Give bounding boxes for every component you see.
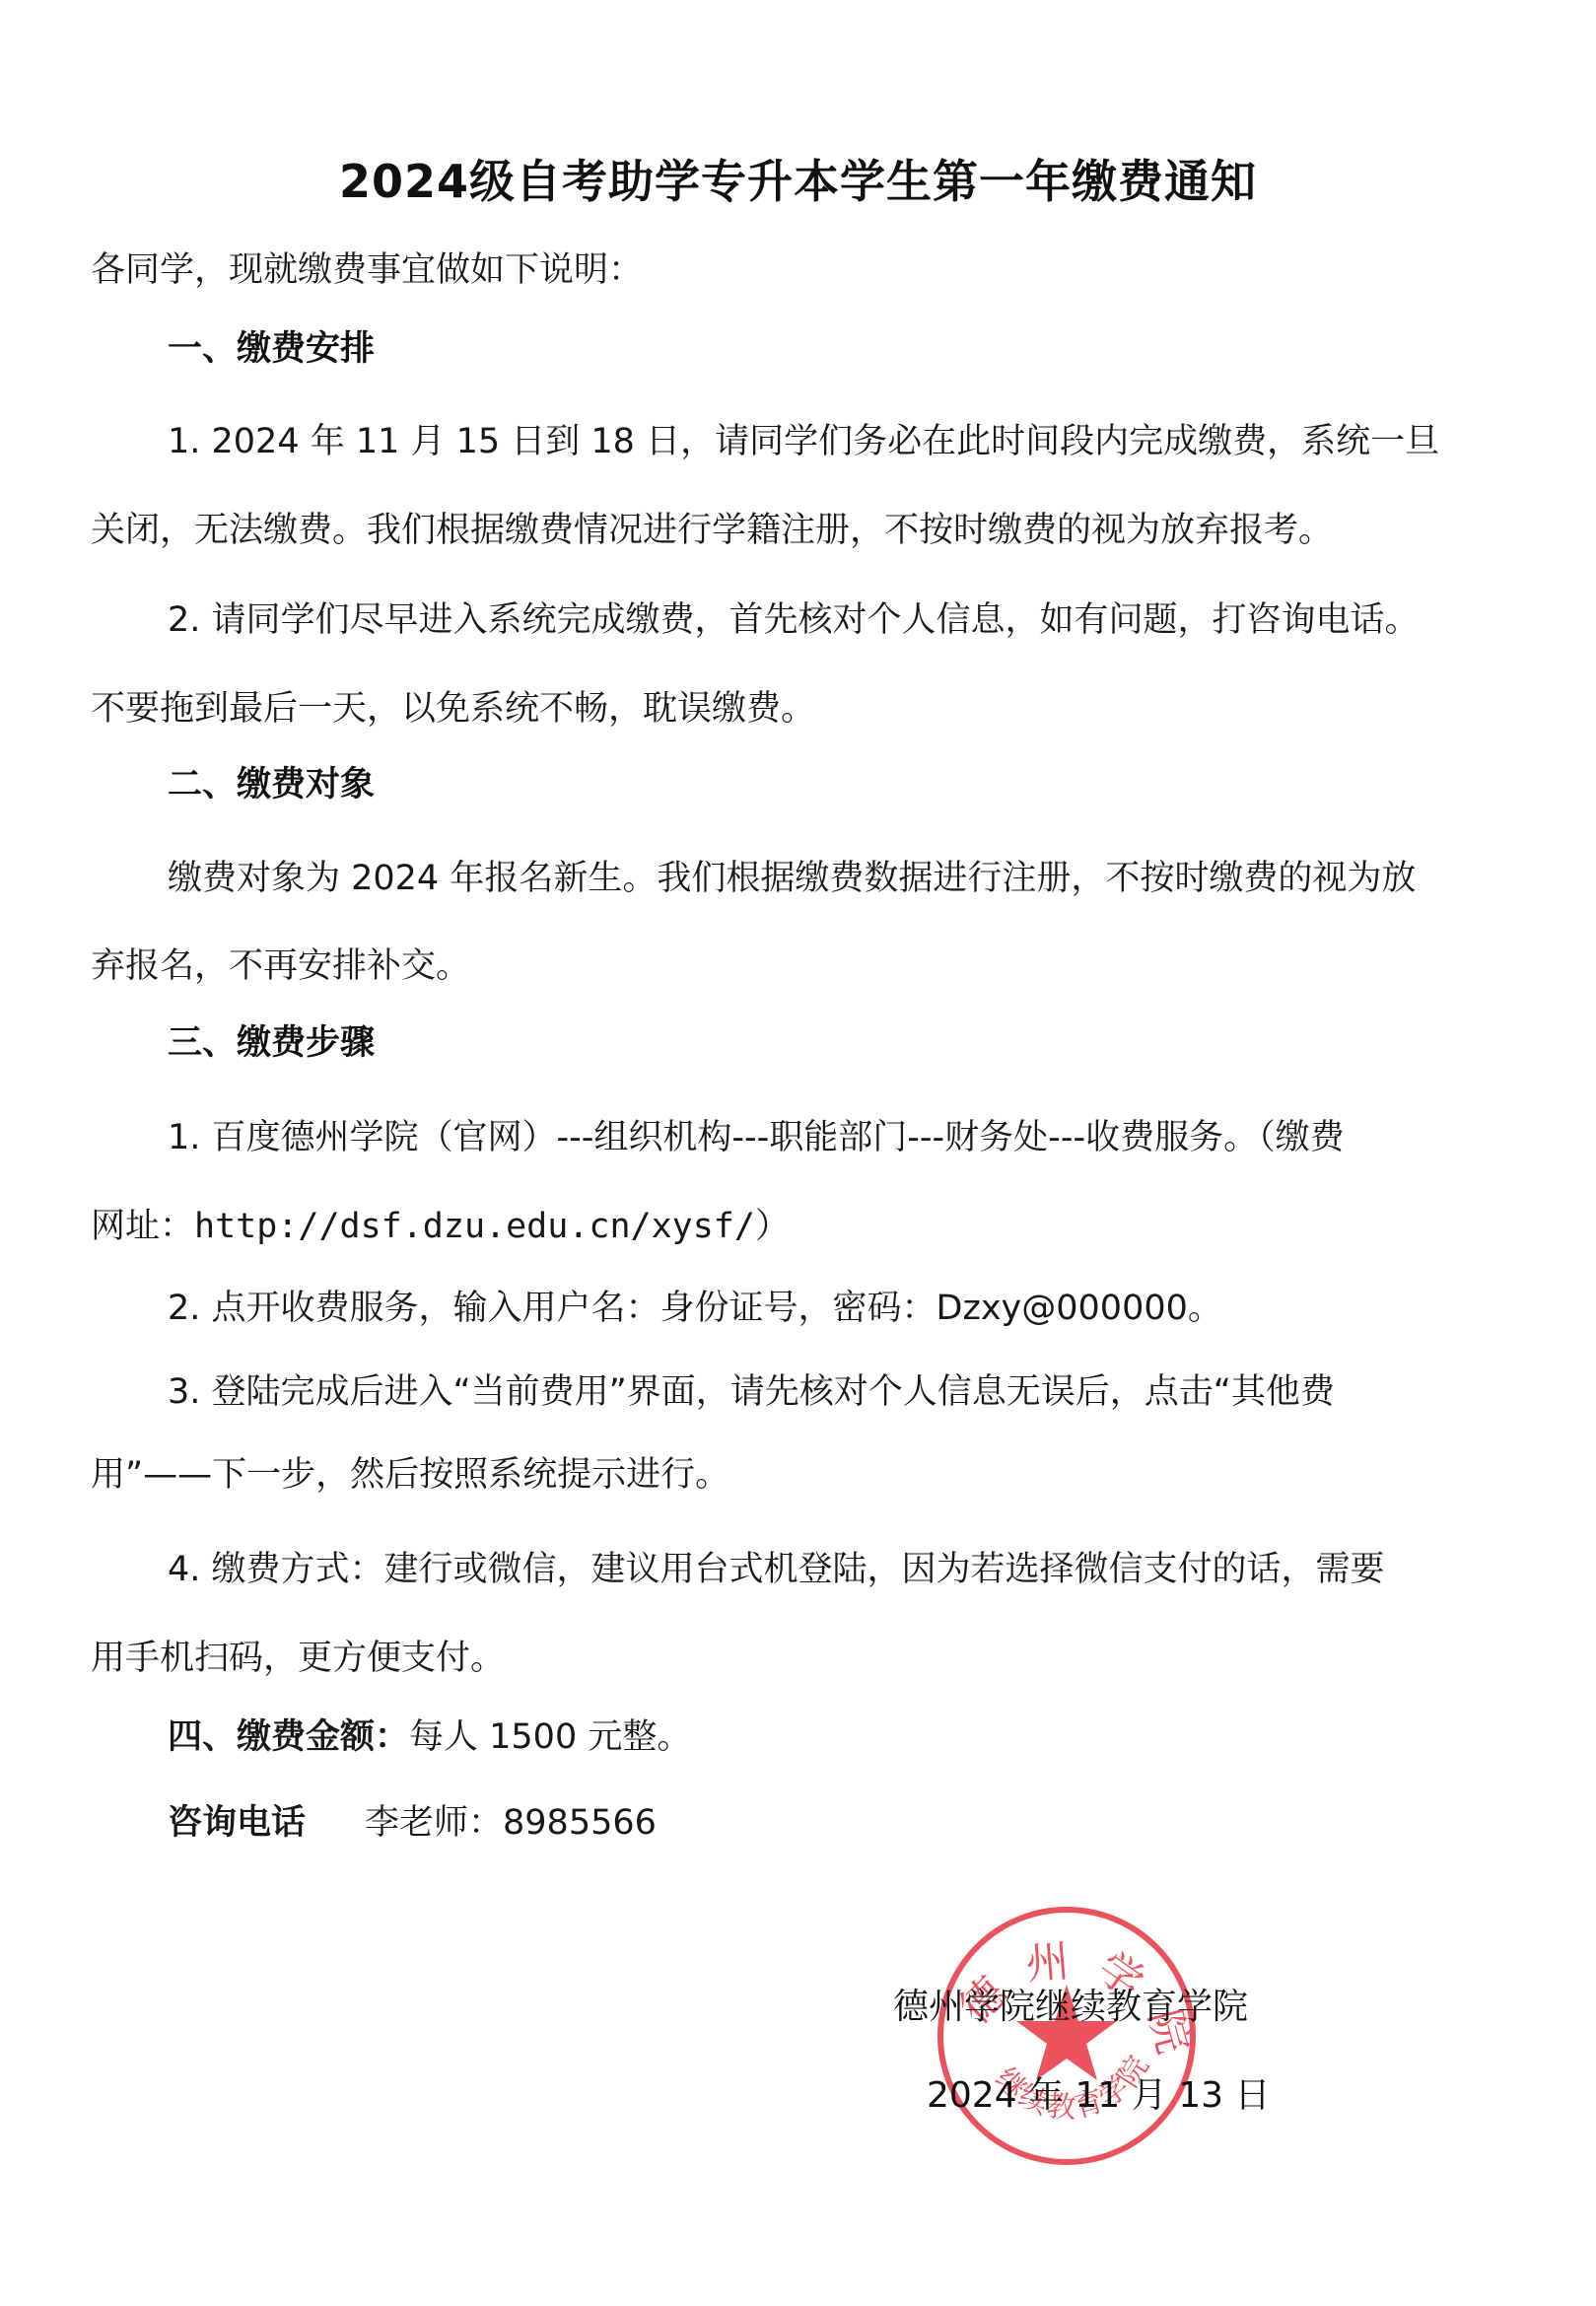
section-heading-target: 二、缴费对象 [168,761,375,808]
step-3-line-1: 3. 登陆完成后进入“当前费用”界面，请先核对个人信息无误后，点击“其他费 [168,1368,1335,1416]
step-1-line-2: 网址：http://dsf.dzu.edu.cn/xysf/） [91,1203,790,1250]
notice-page: 2024级自考助学专升本学生第一年缴费通知 各同学，现就缴费事宜做如下说明： 一… [0,0,1596,2306]
document-title: 2024级自考助学专升本学生第一年缴费通知 [0,146,1596,211]
official-seal-icon: 德州学院 继续教育学院 [932,1901,1203,2172]
amount-value: 每人 1500 元整。 [409,1717,691,1757]
section-heading-arrangement: 一、缴费安排 [168,325,375,373]
arrangement-item-1-line-2: 关闭，无法缴费。我们根据缴费情况进行学籍注册，不按时缴费的视为放弃报考。 [91,507,1333,554]
url-label: 网址： [91,1207,194,1246]
contact-value: 李老师：8985566 [365,1803,657,1843]
target-line-2: 弃报名，不再安排补交。 [91,943,470,990]
arrangement-item-1-line-1: 1. 2024 年 11 月 15 日到 18 日，请同学们务必在此时间段内完成… [168,418,1439,465]
greeting: 各同学，现就缴费事宜做如下说明： [91,246,643,294]
section-heading-steps: 三、缴费步骤 [168,1019,375,1067]
amount-label: 四、缴费金额： [168,1717,409,1757]
contact-label: 咨询电话 [168,1803,306,1843]
contact-line: 咨询电话李老师：8985566 [168,1799,657,1847]
step-4-line-1: 4. 缴费方式：建行或微信，建议用台式机登陆，因为若选择微信支付的话，需要 [168,1546,1385,1593]
arrangement-item-2-line-1: 2. 请同学们尽早进入系统完成缴费，首先核对个人信息，如有问题，打咨询电话。 [168,596,1420,644]
amount-line: 四、缴费金额：每人 1500 元整。 [168,1713,691,1761]
step-2-line-1: 2. 点开收费服务，输入用户名：身份证号，密码：Dzxy@000000。 [168,1285,1222,1332]
url-close-paren: ） [755,1207,790,1246]
signature-date: 2024 年 11 月 13 日 [927,2072,1270,2120]
payment-url-link[interactable]: http://dsf.dzu.edu.cn/xysf/ [194,1207,755,1246]
target-line-1: 缴费对象为 2024 年报名新生。我们根据缴费数据进行注册，不按时缴费的视为放 [168,855,1416,902]
signature-organization: 德州学院继续教育学院 [893,1984,1248,2031]
step-1-line-1: 1. 百度德州学院（官网）---组织机构---职能部门---财务处---收费服务… [168,1114,1345,1161]
arrangement-item-2-line-2: 不要拖到最后一天，以免系统不畅，耽误缴费。 [91,685,815,733]
step-3-line-2: 用”——下一步，然后按照系统提示进行。 [91,1451,729,1499]
step-4-line-2: 用手机扫码，更方便支付。 [91,1635,505,1682]
